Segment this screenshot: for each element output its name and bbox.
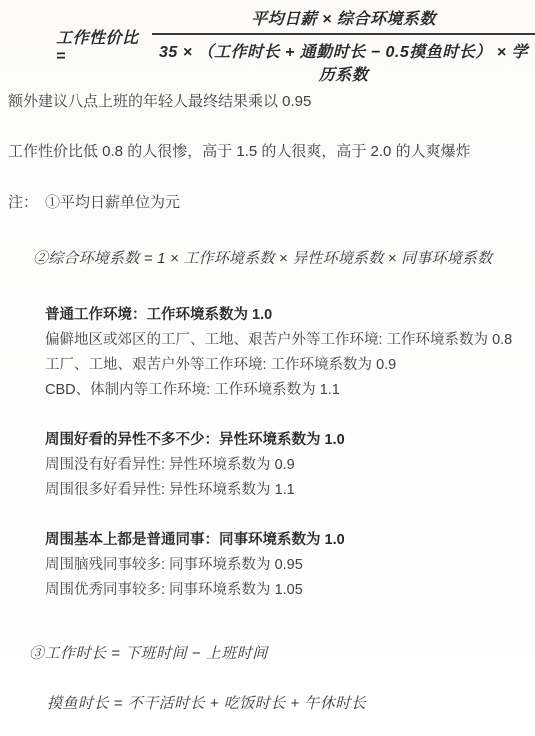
work-environment-line: 工厂、工地、艰苦户外等工作环境: 工作环境系数为 0.9 bbox=[45, 353, 512, 378]
opposite-sex-environment-header: 周围好看的异性不多不少：异性环境系数为 1.0 bbox=[45, 428, 345, 453]
rating-scale-line: 工作性价比低 0.8 的人很惨，高于 1.5 的人很爽，高于 2.0 的人爽爆炸 bbox=[8, 143, 471, 161]
advice-line: 额外建议八点上班的年轻人最终结果乘以 0.95 bbox=[8, 93, 311, 111]
formula-work-cost-performance: 工作性价比 = 平均日薪 × 综合环境系数 35 × （工作时长 + 通勤时长 … bbox=[56, 6, 535, 85]
note-3-work-hours-formula: ③工作时长 = 下班时间 − 上班时间 bbox=[29, 642, 268, 663]
formula-numerator: 平均日薪 × 综合环境系数 bbox=[152, 6, 535, 35]
colleague-environment-line: 周围脑残同事较多: 同事环境系数为 0.95 bbox=[45, 553, 345, 578]
work-environment-line: CBD、体制内等工作环境: 工作环境系数为 1.1 bbox=[45, 378, 512, 403]
opposite-sex-environment-block: 周围好看的异性不多不少：异性环境系数为 1.0 周围没有好看异性: 异性环境系数… bbox=[45, 428, 345, 503]
opposite-sex-environment-line: 周围很多好看异性: 异性环境系数为 1.1 bbox=[45, 478, 345, 503]
slacking-hours-formula: 摸鱼时长 = 不干活时长 + 吃饭时长 + 午休时长 bbox=[47, 692, 366, 713]
work-environment-block: 普通工作环境：工作环境系数为 1.0 偏僻地区或郊区的工厂、工地、艰苦户外等工作… bbox=[45, 303, 512, 403]
formula-lhs: 工作性价比 = bbox=[56, 25, 145, 66]
work-environment-line: 偏僻地区或郊区的工厂、工地、艰苦户外等工作环境: 工作环境系数为 0.8 bbox=[45, 328, 512, 353]
document-page: 工作性价比 = 平均日薪 × 综合环境系数 35 × （工作时长 + 通勤时长 … bbox=[0, 0, 535, 736]
note-label: 注： bbox=[8, 191, 38, 212]
colleague-environment-block: 周围基本上都是普通同事：同事环境系数为 1.0 周围脑残同事较多: 同事环境系数… bbox=[45, 528, 345, 603]
note-1-text: ①平均日薪单位为元 bbox=[45, 191, 180, 212]
opposite-sex-environment-line: 周围没有好看异性: 异性环境系数为 0.9 bbox=[45, 453, 345, 478]
colleague-environment-line: 周围优秀同事较多: 同事环境系数为 1.05 bbox=[45, 578, 345, 603]
note-1-row: 注： ①平均日薪单位为元 bbox=[8, 191, 180, 212]
formula-denominator: 35 × （工作时长 + 通勤时长 − 0.5摸鱼时长） × 学历系数 bbox=[152, 35, 535, 85]
colleague-environment-header: 周围基本上都是普通同事：同事环境系数为 1.0 bbox=[45, 528, 345, 553]
work-environment-header: 普通工作环境：工作环境系数为 1.0 bbox=[45, 303, 512, 328]
note-2-formula: ②综合环境系数 = 1 × 工作环境系数 × 异性环境系数 × 同事环境系数 bbox=[33, 247, 492, 268]
formula-fraction: 平均日薪 × 综合环境系数 35 × （工作时长 + 通勤时长 − 0.5摸鱼时… bbox=[152, 6, 535, 85]
